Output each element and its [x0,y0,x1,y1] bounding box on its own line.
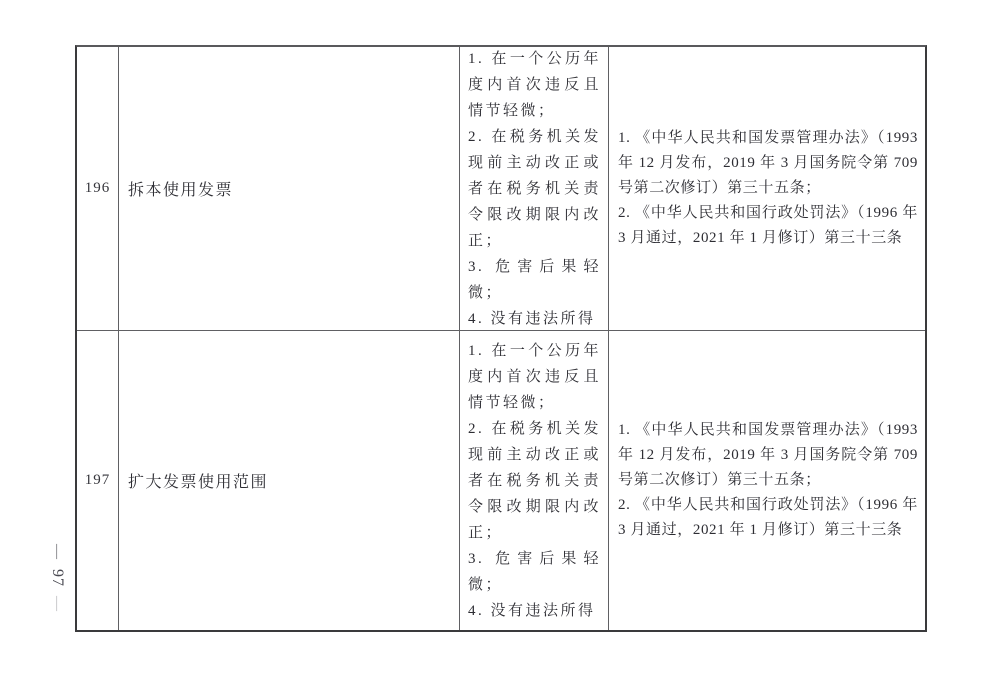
page-number-dash-left: — [49,544,66,560]
table-row-196-conditions-cell: 1. 在一个公历年度内首次违反且情节轻微； 2. 在税务机关发现前主动改正或者在… [460,47,609,331]
page-number-value: 97 [48,569,66,587]
violation-label: 拆本使用发票 [128,177,233,200]
condition-item: 2. 在税务机关发现前主动改正或者在税务机关责令限改期限内改正； [468,416,601,546]
condition-item: 3. 危害后果轻微； [468,254,601,306]
legal-basis-item: 1. 《中华人民共和国发票管理办法》（1993 年 12 月发布，2019 年 … [618,126,918,201]
table-row-196-id-cell: 196 [77,47,119,331]
legal-basis-item: 2. 《中华人民共和国行政处罚法》（1996 年 3 月通过，2021 年 1 … [618,201,918,251]
condition-item: 1. 在一个公历年度内首次违反且情节轻微； [468,47,601,124]
condition-item: 4. 没有违法所得 [468,306,601,332]
legal-basis-item: 1. 《中华人民共和国发票管理办法》（1993 年 12 月发布，2019 年 … [618,418,918,493]
table-row-197-conditions-cell: 1. 在一个公历年度内首次违反且情节轻微； 2. 在税务机关发现前主动改正或者在… [460,331,609,630]
row-id: 197 [85,472,111,489]
table-row-197-legal-basis-cell: 1. 《中华人民共和国发票管理办法》（1993 年 12 月发布，2019 年 … [609,331,925,630]
table-row-196-legal-basis-cell: 1. 《中华人民共和国发票管理办法》（1993 年 12 月发布，2019 年 … [609,47,925,331]
page-number: — 97 — [48,544,66,612]
condition-item: 2. 在税务机关发现前主动改正或者在税务机关责令限改期限内改正； [468,124,601,254]
penalty-table: 196 拆本使用发票 1. 在一个公历年度内首次违反且情节轻微； 2. 在税务机… [75,45,927,632]
table-row-196-violation-cell: 拆本使用发票 [119,47,460,331]
page-number-dash-right: — [49,596,66,612]
condition-item: 3. 危害后果轻微； [468,546,601,598]
condition-item: 4. 没有违法所得 [468,598,601,624]
table-row-197-id-cell: 197 [77,331,119,630]
violation-label: 扩大发票使用范围 [128,469,268,492]
table-row-197-violation-cell: 扩大发票使用范围 [119,331,460,630]
condition-item: 1. 在一个公历年度内首次违反且情节轻微； [468,338,601,416]
row-id: 196 [85,180,111,197]
legal-basis-item: 2. 《中华人民共和国行政处罚法》（1996 年 3 月通过，2021 年 1 … [618,493,918,543]
